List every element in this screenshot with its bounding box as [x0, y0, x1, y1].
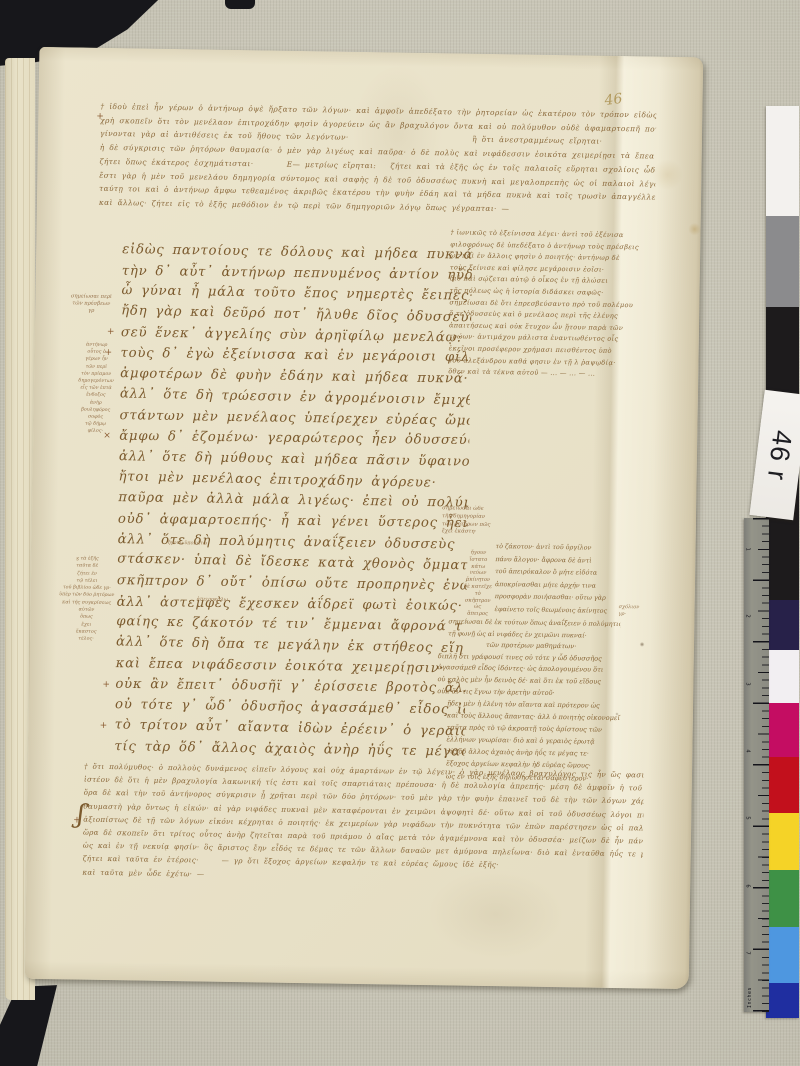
color-calibration-bar	[766, 106, 799, 1018]
verse-line: οὐδ᾽ ἀφαμαρτοεπής· ἦ καὶ γένει ὕστερος ἦ…	[118, 510, 468, 535]
right-gloss-column: ἤγουνἵστατοκάτωνεύωνἀκίνητονδὲ κατεῖχετὸ…	[460, 550, 495, 618]
color-swatch	[766, 813, 799, 870]
folio-number-ink: 46	[604, 91, 624, 109]
right-scholia-upper: † ἰωνικῶς τὸ ἐξείνισσα λέγει· ἀντὶ τοῦ ἐ…	[448, 227, 646, 381]
main-text-iliad: εἰδὼς παντοίους τε δόλους καὶ μήδεα πυκν…	[114, 240, 472, 763]
margin-mark: +	[96, 112, 104, 122]
ruler-unit-label: Inches	[747, 987, 753, 1008]
interlinear-gloss: ἤγουν ὑποκάτω	[168, 540, 208, 547]
folio-label-slip: 46 r	[749, 390, 800, 520]
margin-mark: +	[100, 721, 108, 731]
left-margin-gloss-top: σημείωσαι περὶτῶν πρέσβεωνγρ	[63, 293, 119, 315]
ruler-numbers: 1234567	[746, 518, 749, 1012]
right-scholia-diple: τῶν προτέρων μαθημάτων·διπλῆ ὅτι γράφουσ…	[437, 639, 638, 701]
margin-mark: +	[102, 680, 110, 690]
color-swatch	[766, 703, 799, 757]
folio-label-text: 46 r	[761, 428, 798, 482]
inch-ruler: 1234567 Inches	[744, 518, 769, 1012]
gloss-line: τέλος·	[50, 635, 122, 643]
color-swatch	[766, 106, 799, 216]
black-felt-top-notch	[225, 0, 255, 9]
right-margin-note: σημείωσαι ὧδετὴν δημηγορίαντῶν ῥητόρων π…	[442, 505, 506, 537]
right-scholia-mid-wide: σημείωσαι δὲ ἐκ τούτων ὅπως ἀναΐξειεν ὁ …	[448, 615, 620, 642]
color-swatch	[766, 927, 799, 983]
gloss-word: φίλος·	[73, 428, 117, 436]
ruler-number: 5	[745, 817, 751, 820]
ruler-number: 1	[745, 547, 751, 550]
ruler-number: 7	[745, 951, 751, 954]
color-swatch	[766, 600, 799, 650]
verse-line: τὴν δ᾽ αὖτ᾽ ἀντήνωρ πεπνυμένος ἀντίον ηὔ…	[122, 261, 472, 286]
left-margin-gloss-column: ἀντήνωροὗτος ὁγέρων ἦντῶν περὶτὸν πρίαμο…	[73, 341, 118, 435]
interlinear-glosses: ἤγουν ὑποκάτωἀπειροκάλῳ	[39, 47, 703, 57]
margin-line-marks: +++×+++	[39, 47, 703, 57]
left-margin-gloss-cross: ϗ τὰ ἑξῆςταῦτα δὲζήτει ἐντῷ τέλειτοῦ βιβ…	[50, 555, 123, 644]
color-swatch	[766, 216, 799, 307]
gloss-word: δὲ κατεῖχε	[461, 584, 495, 591]
bottom-scholia-block: † ὅτι πολύμυθος· ὁ πολλοὺς δυνάμενος εἰπ…	[82, 760, 644, 888]
manuscript-page: 46 † ἰδοὺ ἐπεὶ ἦν γέρων ὁ ἀντήνωρ ὀψὲ ἤρ…	[25, 47, 704, 989]
right-edge-note: σχόλιονγρ·	[618, 604, 648, 617]
ruler-number: 4	[745, 749, 751, 752]
ruler-number: 6	[745, 884, 751, 887]
top-scholia-block: † ἰδοὺ ἐπεὶ ἦν γέρων ὁ ἀντήνωρ ὀψὲ ἤρξατ…	[99, 100, 657, 218]
margin-mark: +	[107, 327, 115, 337]
ruler-number: 3	[745, 682, 751, 685]
right-scholia-mid: τὸ ζάκοτον· ἀντὶ τοῦ ὀργίλονπάνυ ἄλογον·…	[494, 540, 617, 617]
manuscript-photo: 46 † ἰδοὺ ἐπεὶ ἦν γέρων ὁ ἀντήνωρ ὀψὲ ἤρ…	[0, 0, 800, 1066]
scholion-line: γρ·	[618, 611, 648, 618]
verse-line: ἀλλ᾽ ἀστεμφὲς ἔχεσκεν ἀΐδρεϊ φωτὶ ἐοικώς…	[117, 592, 467, 617]
color-swatch	[766, 870, 799, 927]
scholion-line: καὶ ταῦτα μὲν ὧδε ἐχέτω· —	[82, 865, 250, 881]
scholion-line: ἔχει ἑκάστη·	[442, 529, 506, 538]
color-swatch	[766, 650, 799, 703]
gloss-line: γρ	[63, 307, 119, 315]
interlinear-gloss: ἀπειροκάλῳ	[197, 596, 228, 602]
color-swatch	[766, 757, 799, 813]
color-swatch	[766, 983, 799, 1018]
ruler-number: 2	[745, 615, 751, 618]
